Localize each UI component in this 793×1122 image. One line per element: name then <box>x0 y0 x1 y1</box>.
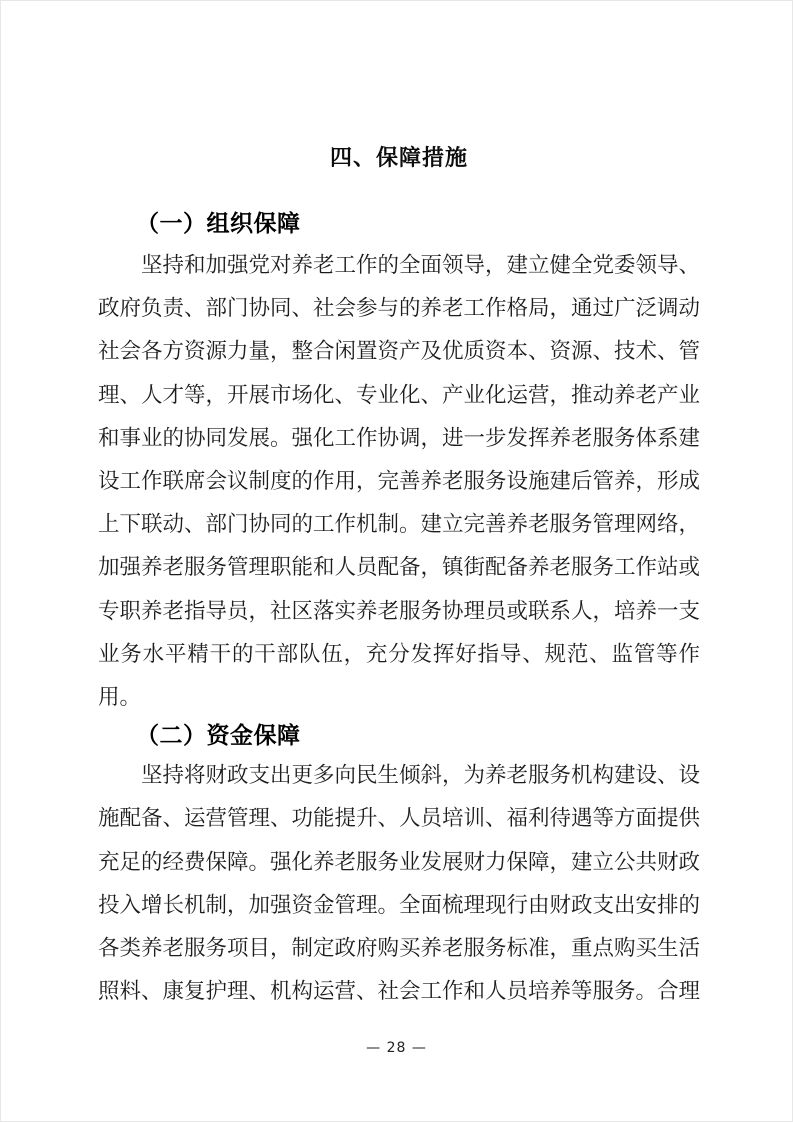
document-page: 四、保障措施 （一）组织保障 坚持和加强党对养老工作的全面领导，建立健全党委领导… <box>0 0 793 1122</box>
section-1-heading: （一）组织保障 <box>98 209 700 239</box>
section-2-heading: （二）资金保障 <box>98 721 700 751</box>
section-2-paragraph: 坚持将财政支出更多向民生倾斜，为养老服务机构建设、设施配备、运营管理、功能提升、… <box>98 754 700 1013</box>
page-number: — 28 — <box>1 1040 792 1056</box>
section-1-paragraph: 坚持和加强党对养老工作的全面领导，建立健全党委领导、政府负责、部门协同、社会参与… <box>98 244 700 719</box>
document-title: 四、保障措施 <box>98 146 700 172</box>
